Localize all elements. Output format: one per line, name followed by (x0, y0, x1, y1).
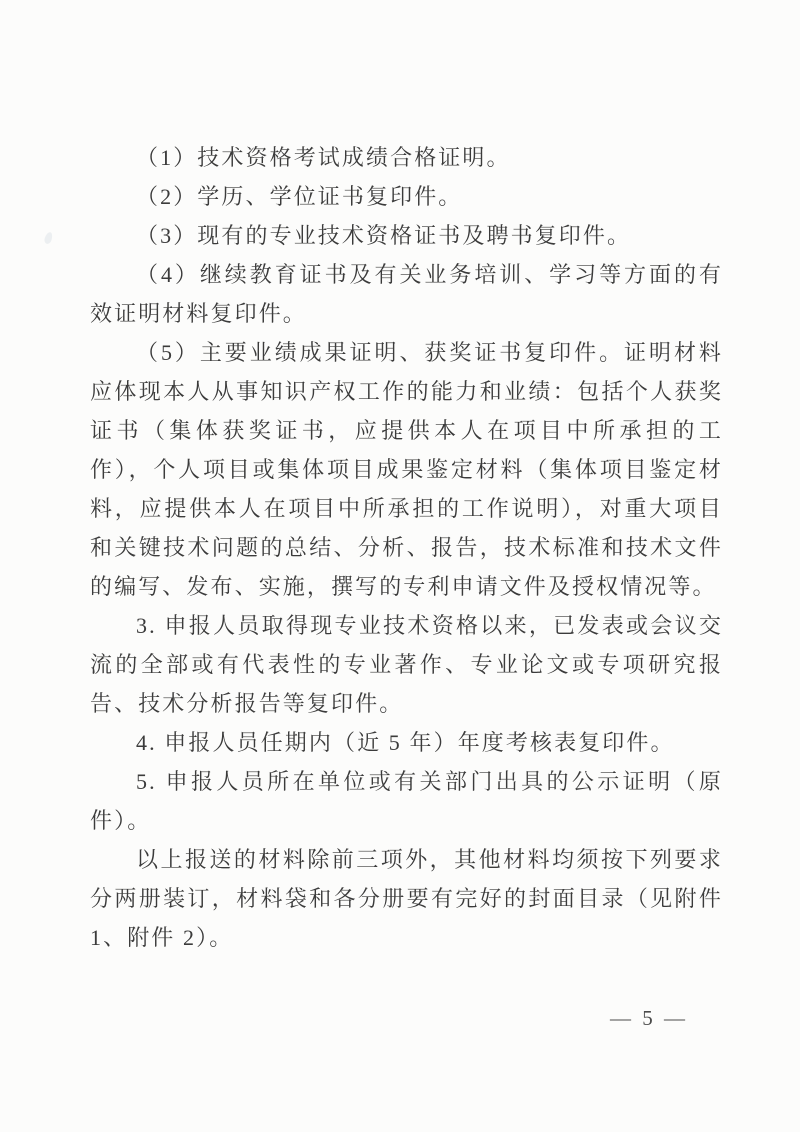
numbered-item-4: 4. 申报人员任期内（近 5 年）年度考核表复印件。 (90, 723, 723, 762)
numbered-item-3: 3. 申报人员取得现专业技术资格以来，已发表或会议交流的全部或有代表性的专业著作… (90, 606, 723, 723)
list-item-2: （2）学历、学位证书复印件。 (90, 177, 723, 216)
document-body: （1）技术资格考试成绩合格证明。 （2）学历、学位证书复印件。 （3）现有的专业… (90, 138, 723, 957)
list-item-5: （5）主要业绩成果证明、获奖证书复印件。证明材料应体现本人从事知识产权工作的能力… (90, 333, 723, 606)
list-item-4: （4）继续教育证书及有关业务培训、学习等方面的有效证明材料复印件。 (90, 255, 723, 333)
numbered-item-5: 5. 申报人员所在单位或有关部门出具的公示证明（原件）。 (90, 762, 723, 840)
page-number: — 5 — (610, 1006, 688, 1031)
closing-paragraph: 以上报送的材料除前三项外，其他材料均须按下列要求分两册装订，材料袋和各分册要有完… (90, 840, 723, 957)
scan-artifact (43, 231, 53, 245)
document-page: （1）技术资格考试成绩合格证明。 （2）学历、学位证书复印件。 （3）现有的专业… (0, 0, 800, 1132)
list-item-1: （1）技术资格考试成绩合格证明。 (90, 138, 723, 177)
list-item-3: （3）现有的专业技术资格证书及聘书复印件。 (90, 216, 723, 255)
